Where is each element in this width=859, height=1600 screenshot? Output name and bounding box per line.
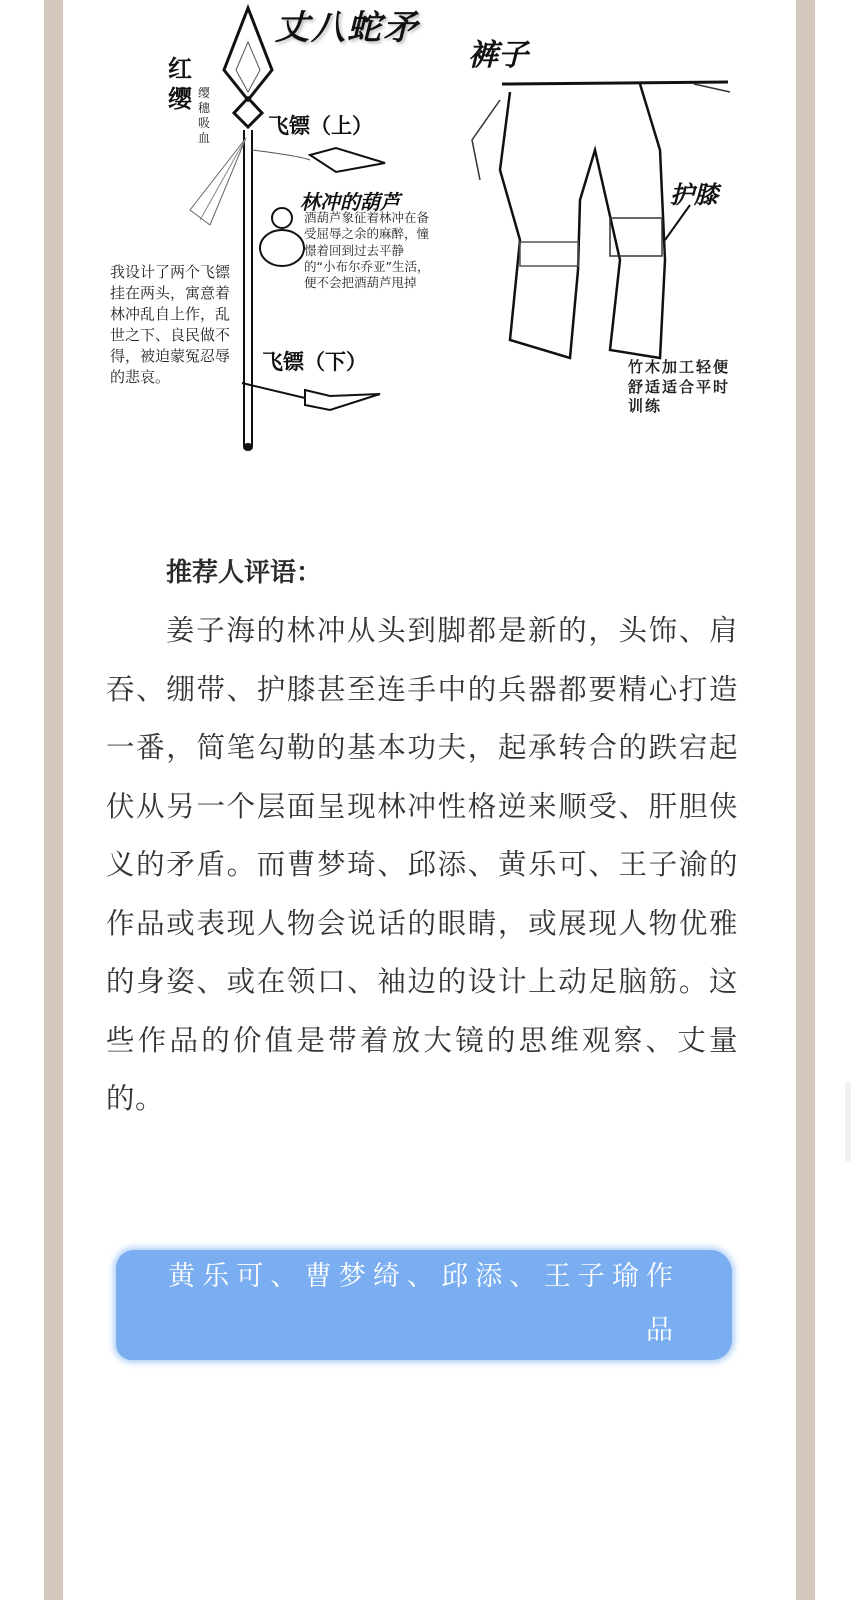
reviewer-comment-section: 推荐人评语： 姜子海的林冲从头到脚都是新的，头饰、肩吞、绷带、护膝甚至连手中的兵…: [106, 548, 738, 1129]
knee-pad-label: 护膝: [670, 175, 718, 210]
bamboo-note: 竹木加工轻便舒适适合平时训练: [628, 358, 738, 417]
article-page: 丈八蛇矛 红缨 缨穗吸血 飞镖（上） 林冲的葫芦 酒葫芦象征着林冲在备受屈辱之余…: [0, 0, 859, 1600]
tassel-label: 红缨: [168, 54, 196, 114]
dart-note: 我设计了两个飞镖挂在两头，寓意着林冲乱自上作，乱世之下、良民做不得，被迫蒙冤忍辱…: [110, 262, 240, 388]
banner-title: 黄乐可、曹梦绮、邱添、王子瑜作品: [168, 1250, 680, 1360]
review-body: 姜子海的林冲从头到脚都是新的，头饰、肩吞、绷带、护膝甚至连手中的兵器都要精心打造…: [106, 602, 738, 1129]
spear-title: 丈八蛇矛: [275, 0, 419, 49]
dart-top-label: 飞镖（上）: [268, 110, 373, 140]
review-heading: 推荐人评语：: [106, 548, 738, 598]
scrollbar-thumb[interactable]: [845, 1082, 851, 1162]
left-border-rail: [44, 0, 63, 1600]
tassel-sub-label: 缨穗吸血: [198, 86, 212, 146]
right-border-rail: [796, 0, 815, 1600]
section-banner: 黄乐可、曹梦绮、邱添、王子瑜作品: [116, 1250, 732, 1360]
dart-bottom-label: 飞镖（下）: [262, 346, 367, 376]
gourd-note: 酒葫芦象征着林冲在备受屈辱之余的麻醉，憧憬着回到过去平静的“小布尔乔亚”生活，便…: [304, 210, 434, 291]
pants-title: 裤子: [468, 30, 528, 74]
costume-design-illustration: 丈八蛇矛 红缨 缨穗吸血 飞镖（上） 林冲的葫芦 酒葫芦象征着林冲在备受屈辱之余…: [100, 0, 780, 470]
